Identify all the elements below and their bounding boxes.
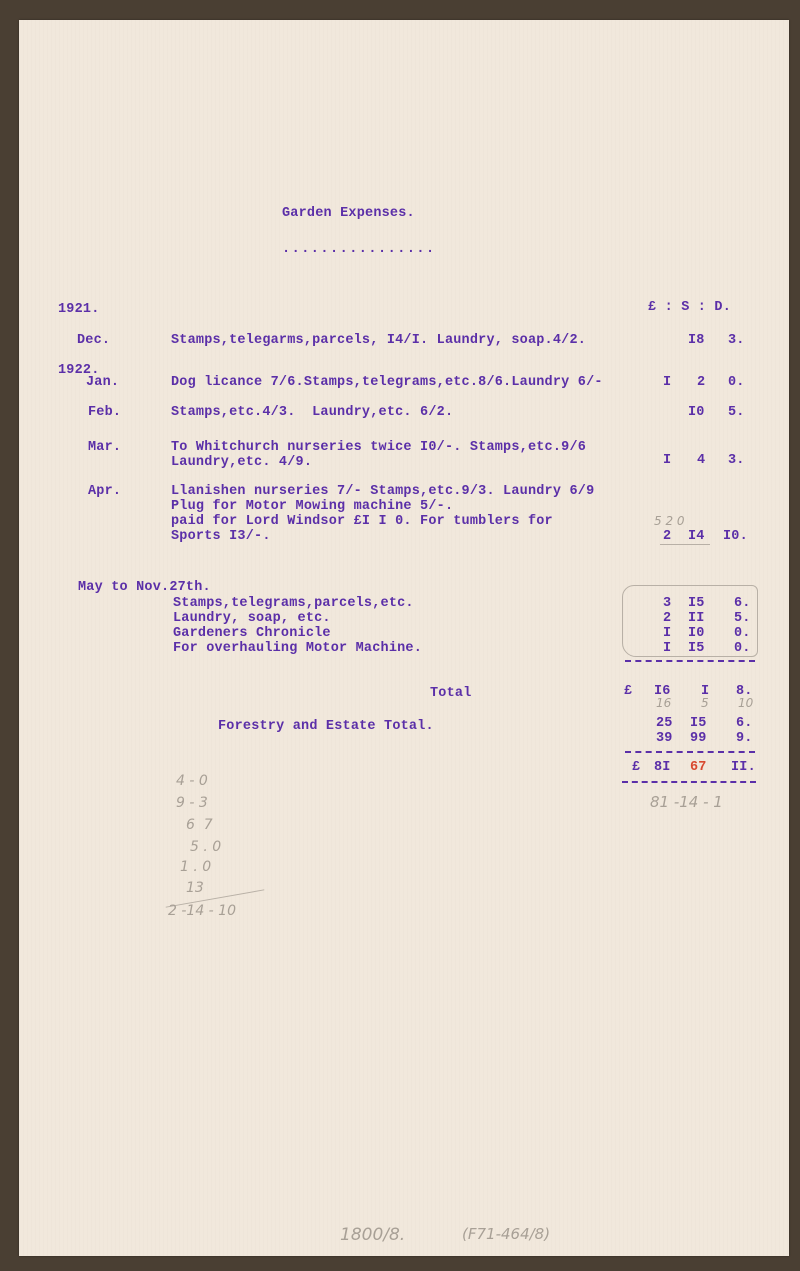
subtotal-rule — [625, 660, 755, 662]
document-title: Garden Expenses. — [282, 206, 415, 221]
pencil-catalog-number: (F71-464/8) — [462, 1225, 550, 1243]
pencil-apr-note: 5 2 0 — [654, 514, 685, 528]
month-feb: Feb. — [88, 405, 121, 420]
forestry-row2-pounds: 39 — [656, 731, 673, 746]
year-1921: 1921. — [58, 302, 100, 317]
apr-pence: I0. — [723, 529, 748, 544]
forestry-row1-pounds: 25 — [656, 716, 673, 731]
may-nov-item-pence: 6. — [734, 596, 751, 611]
dec-pence: 3. — [728, 333, 745, 348]
pencil-calc-result: 2 -14 - 10 — [168, 903, 236, 919]
entry-feb-line-1: Stamps,etc.4/3. Laundry,etc. 6/2. — [171, 405, 453, 420]
pencil-calc-line: 1 . 0 — [180, 859, 211, 875]
entry-mar-line-1: To Whitchurch nurseries twice I0/-. Stam… — [171, 440, 586, 455]
pencil-underline — [660, 544, 710, 545]
forestry-row2-shillings: 99 — [690, 731, 707, 746]
may-nov-item-label: Stamps,telegrams,parcels,etc. — [173, 596, 414, 611]
month-dec: Dec. — [77, 333, 110, 348]
forestry-row2-pence: 9. — [736, 731, 753, 746]
forestry-label: Forestry and Estate Total. — [218, 719, 434, 734]
pencil-calc-line: 6 7 — [186, 817, 213, 833]
total-label: Total — [430, 686, 472, 701]
pencil-calc-line: 4 - 0 — [176, 773, 208, 789]
feb-shillings: I0 — [688, 405, 705, 420]
may-nov-item-pounds: 2 — [663, 611, 671, 626]
may-nov-item-shillings: I0 — [688, 626, 705, 641]
jan-shillings: 2 — [697, 375, 705, 390]
may-nov-item-pence: 5. — [734, 611, 751, 626]
total-pencil-pence: 10 — [738, 696, 753, 710]
grand-total-top-rule — [625, 751, 755, 753]
may-nov-item-pounds: 3 — [663, 596, 671, 611]
entry-apr-line-2: Plug for Motor Mowing machine 5/-. — [171, 499, 453, 514]
may-nov-item-label: Laundry, soap, etc. — [173, 611, 331, 626]
month-mar: Mar. — [88, 440, 121, 455]
forestry-row1-shillings: I5 — [690, 716, 707, 731]
apr-pounds: 2 — [663, 529, 671, 544]
may-nov-item-pence: 0. — [734, 626, 751, 641]
dec-shillings: I8 — [688, 333, 705, 348]
month-jan: Jan. — [86, 375, 119, 390]
grand-total-shillings: 67 — [690, 760, 707, 775]
feb-pence: 5. — [728, 405, 745, 420]
total-currency: £ — [624, 684, 632, 699]
entry-apr-line-1: Llanishen nurseries 7/- Stamps,etc.9/3. … — [171, 484, 594, 499]
total-pencil-shillings: 5 — [701, 696, 709, 710]
may-nov-item-shillings: II — [688, 611, 705, 626]
pencil-calc-line: 9 - 3 — [176, 795, 208, 811]
entry-dec-line-1: Stamps,telegarms,parcels, I4/I. Laundry,… — [171, 333, 586, 348]
grand-total-bottom-rule — [622, 781, 756, 783]
may-nov-item-shillings: I5 — [688, 596, 705, 611]
mar-shillings: 4 — [697, 453, 705, 468]
pencil-calc-line: 13 — [186, 880, 204, 896]
jan-pence: 0. — [728, 375, 745, 390]
jan-pounds: I — [663, 375, 671, 390]
mar-pounds: I — [663, 453, 671, 468]
may-nov-item-label: Gardeners Chronicle — [173, 626, 331, 641]
grand-total-currency: £ — [632, 760, 640, 775]
grand-total-pounds: 8I — [654, 760, 671, 775]
may-nov-item-label: For overhauling Motor Machine. — [173, 641, 422, 656]
may-nov-item-pence: 0. — [734, 641, 751, 656]
may-nov-item-pounds: I — [663, 641, 671, 656]
apr-shillings: I4 — [688, 529, 705, 544]
month-apr: Apr. — [88, 484, 121, 499]
mar-pence: 3. — [728, 453, 745, 468]
grand-total-pencil: 81 -14 - 1 — [650, 793, 723, 811]
entry-apr-line-3: paid for Lord Windsor £I I 0. For tumble… — [171, 514, 553, 529]
total-pencil-pounds: 16 — [656, 696, 671, 710]
pencil-calc-line: 5 . 0 — [190, 839, 221, 855]
may-nov-item-shillings: I5 — [688, 641, 705, 656]
forestry-row1-pence: 6. — [736, 716, 753, 731]
entry-jan-line-1: Dog licance 7/6.Stamps,telegrams,etc.8/6… — [171, 375, 603, 390]
entry-mar-line-2: Laundry,etc. 4/9. — [171, 455, 312, 470]
entry-apr-line-4: Sports I3/-. — [171, 529, 271, 544]
grand-total-pence: II. — [731, 760, 756, 775]
currency-header: £ : S : D. — [648, 300, 731, 315]
title-underline-dots: ................ — [282, 242, 436, 257]
may-nov-item-pounds: I — [663, 626, 671, 641]
may-nov-heading: May to Nov.27th. — [78, 580, 211, 595]
pencil-reference: 1800/8. — [340, 1225, 405, 1245]
